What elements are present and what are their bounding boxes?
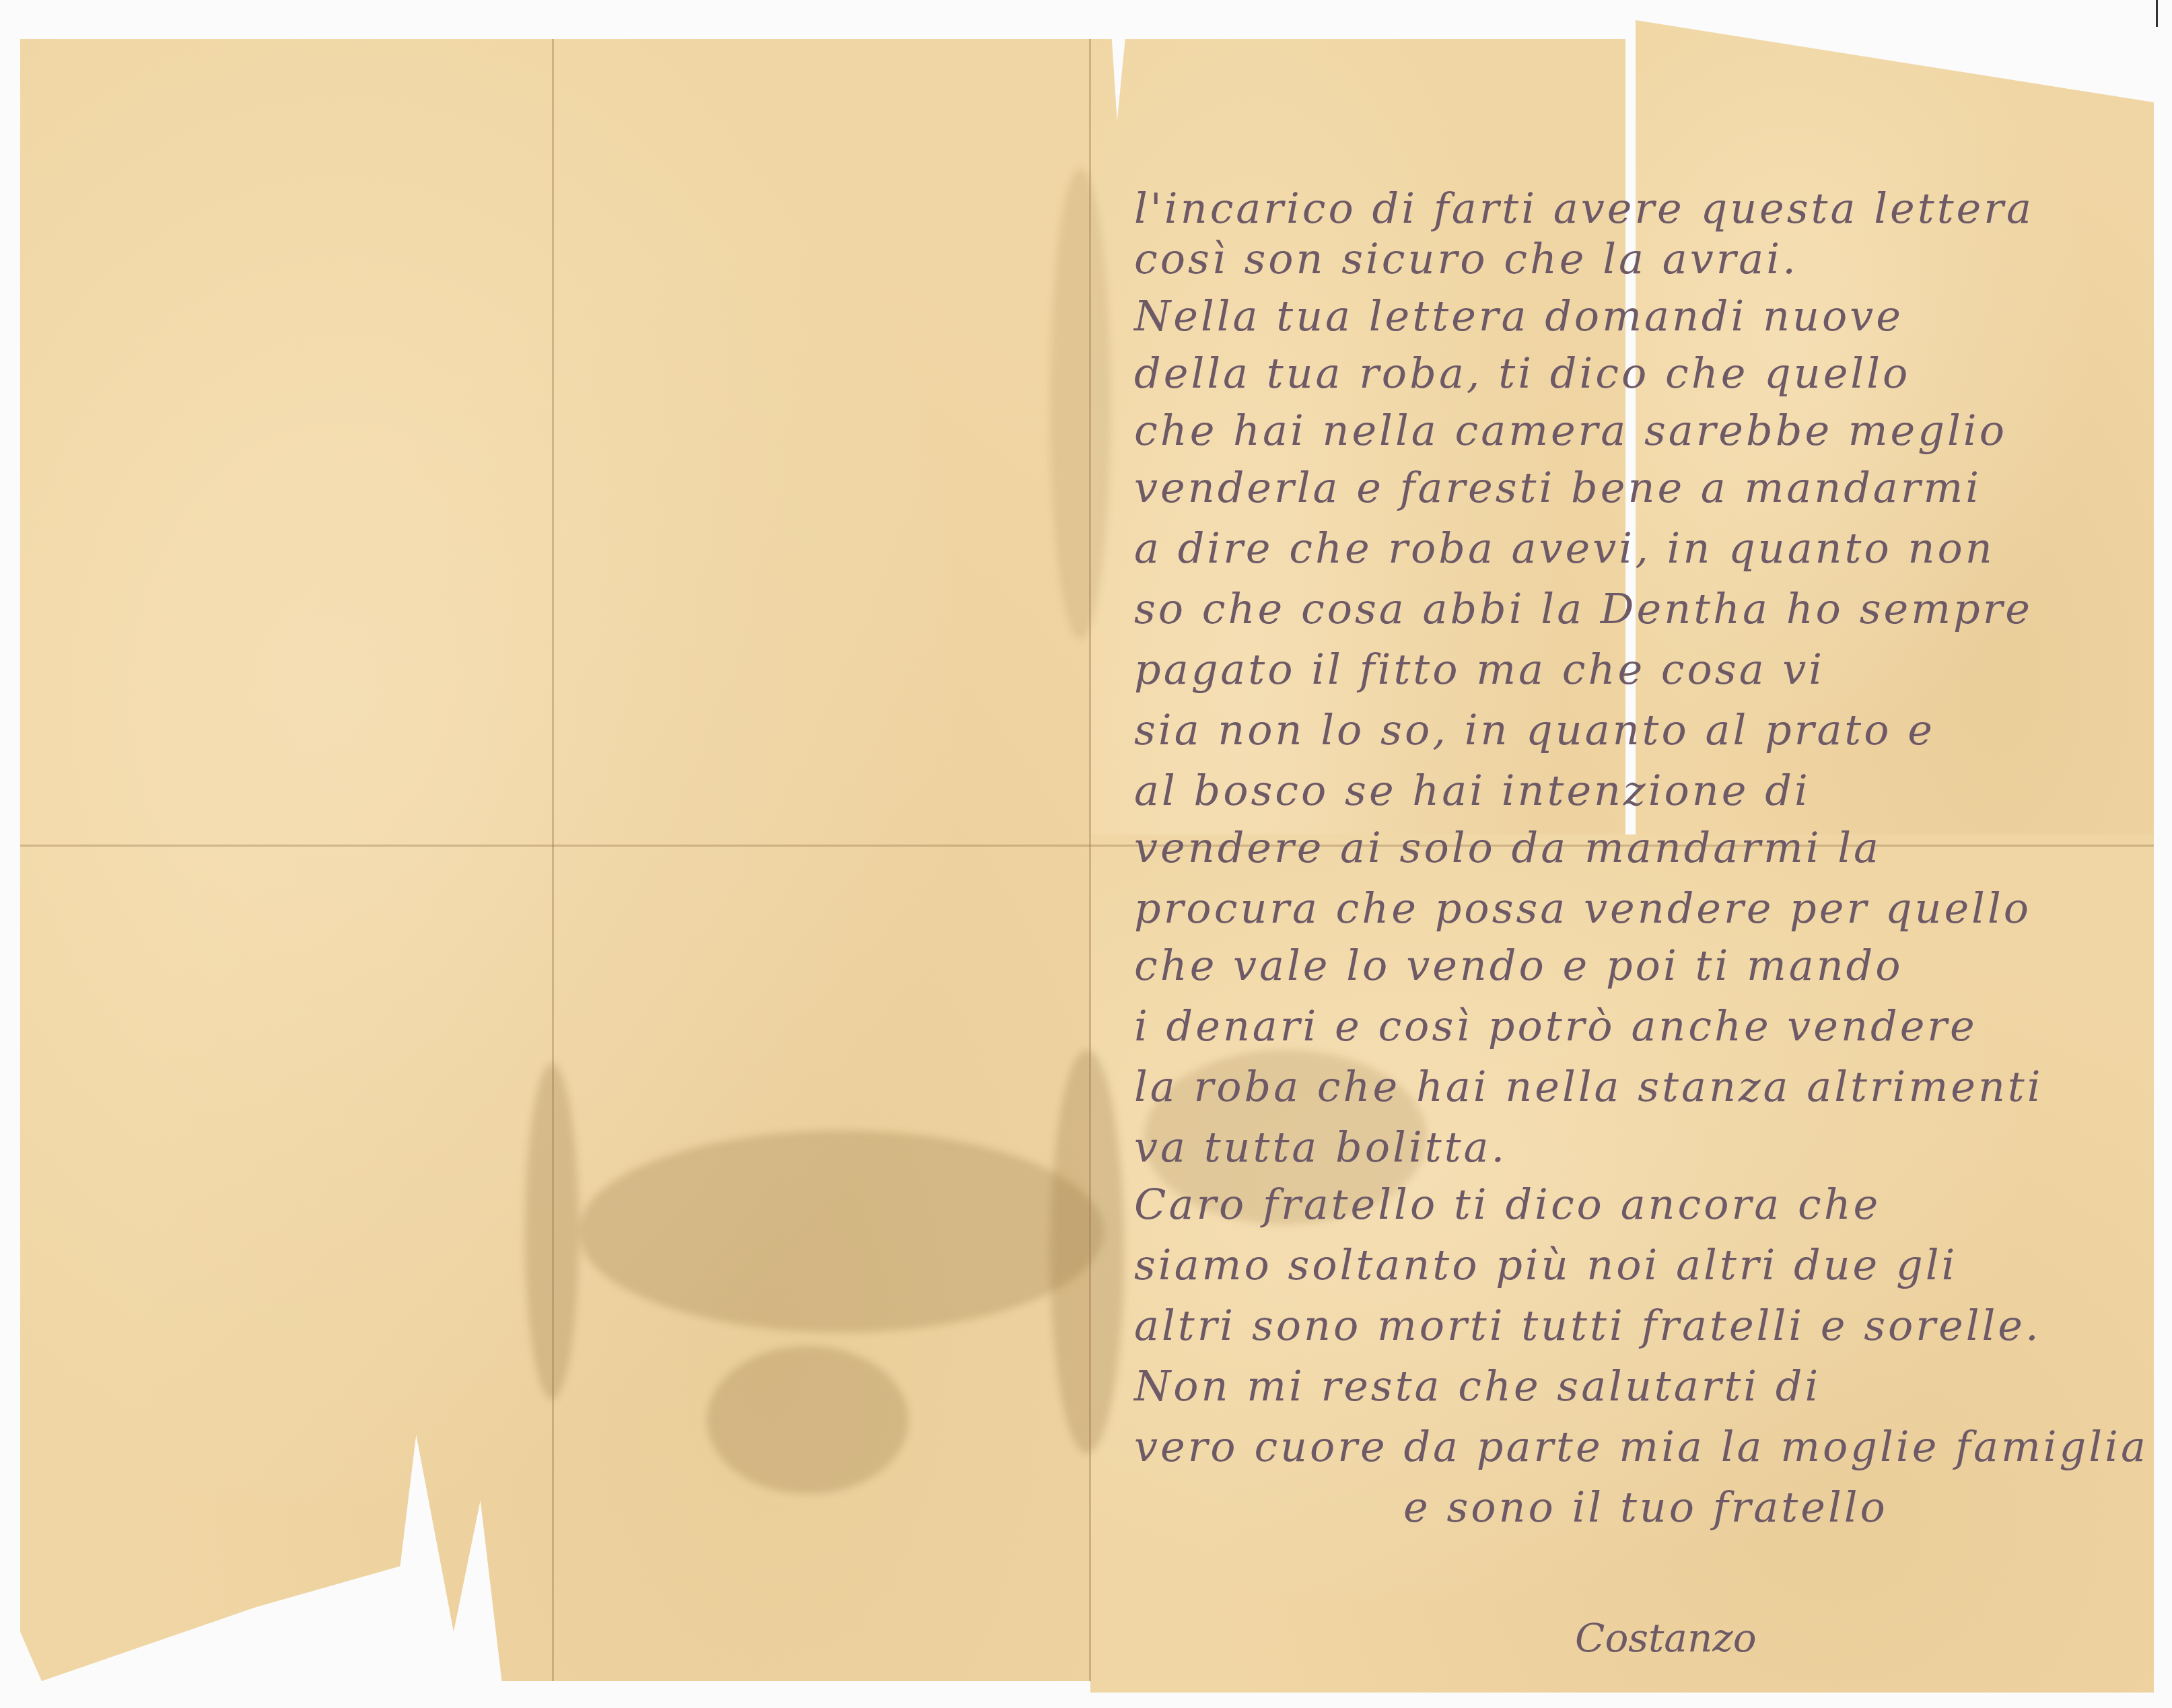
water-stain (1050, 168, 1111, 639)
fold-line (552, 39, 554, 1681)
signature: Costanzo (1575, 1615, 1757, 1661)
water-stain (579, 1131, 1104, 1332)
letter-sheet-left-blank (20, 39, 1090, 1681)
water-stain (707, 1346, 909, 1494)
scan-artifact (2156, 0, 2158, 27)
water-stain (525, 1063, 579, 1400)
